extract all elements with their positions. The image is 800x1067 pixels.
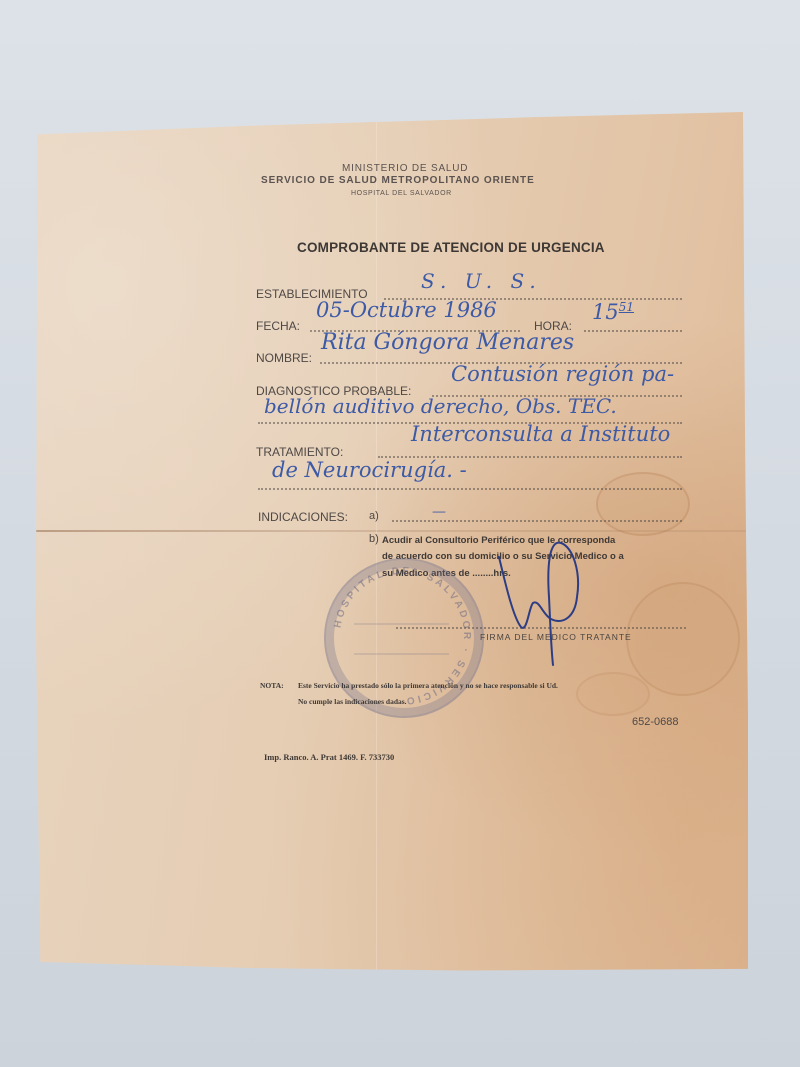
form-title: COMPROBANTE DE ATENCION DE URGENCIA: [297, 240, 605, 255]
tratamiento-value-2: de Neurocirugía. -: [272, 458, 467, 482]
establecimiento-value: S. U. S.: [421, 269, 542, 293]
indicaciones-item-a-value: —: [432, 504, 446, 520]
water-stain: [596, 472, 690, 536]
water-stain: [626, 582, 740, 696]
hospital-header: HOSPITAL DEL SALVADOR: [351, 190, 452, 197]
hospital-stamp: HOSPITAL DEL SALVADOR · SERVICIO: [324, 558, 484, 718]
hora-value: 1551: [592, 300, 634, 324]
nota-line-2: No cumple las indicaciones dadas.: [298, 697, 407, 706]
hora-hours: 15: [592, 300, 619, 324]
form-number: 652-0688: [632, 716, 679, 728]
form-paper: MINISTERIO DE SALUD SERVICIO DE SALUD ME…: [36, 112, 748, 974]
nota-line-1: Este Servicio ha prestado sólo la primer…: [298, 681, 558, 690]
printer-imprint: Imp. Ranco. A. Prat 1469. F. 733730: [264, 752, 394, 762]
service-header: SERVICIO DE SALUD METROPOLITANO ORIENTE: [261, 175, 535, 186]
hora-line: [584, 330, 682, 332]
hora-minutes: 51: [619, 300, 634, 314]
fecha-value: 05-Octubre 1986: [316, 298, 497, 322]
tratamiento-value-1: Interconsulta a Instituto: [411, 422, 670, 446]
water-stain: [576, 672, 650, 716]
nombre-label: NOMBRE:: [256, 351, 312, 365]
nombre-value: Rita Góngora Menares: [321, 330, 574, 355]
indicaciones-line-a: [392, 520, 682, 522]
doctor-signature: [491, 537, 591, 667]
ministry-header: MINISTERIO DE SALUD: [342, 163, 468, 174]
tratamiento-line-2: [258, 488, 682, 490]
diagnostico-value-1: Contusión región pa-: [451, 362, 674, 386]
diagnostico-value-2: bellón auditivo derecho, Obs. TEC.: [264, 394, 617, 418]
indicaciones-item-a-marker: a): [369, 510, 379, 522]
fecha-label: FECHA:: [256, 319, 300, 333]
nota-label: NOTA:: [260, 681, 284, 690]
indicaciones-item-b-marker: b): [369, 533, 379, 545]
indicaciones-label: INDICACIONES:: [258, 510, 348, 524]
tratamiento-label: TRATAMIENTO:: [256, 445, 343, 459]
